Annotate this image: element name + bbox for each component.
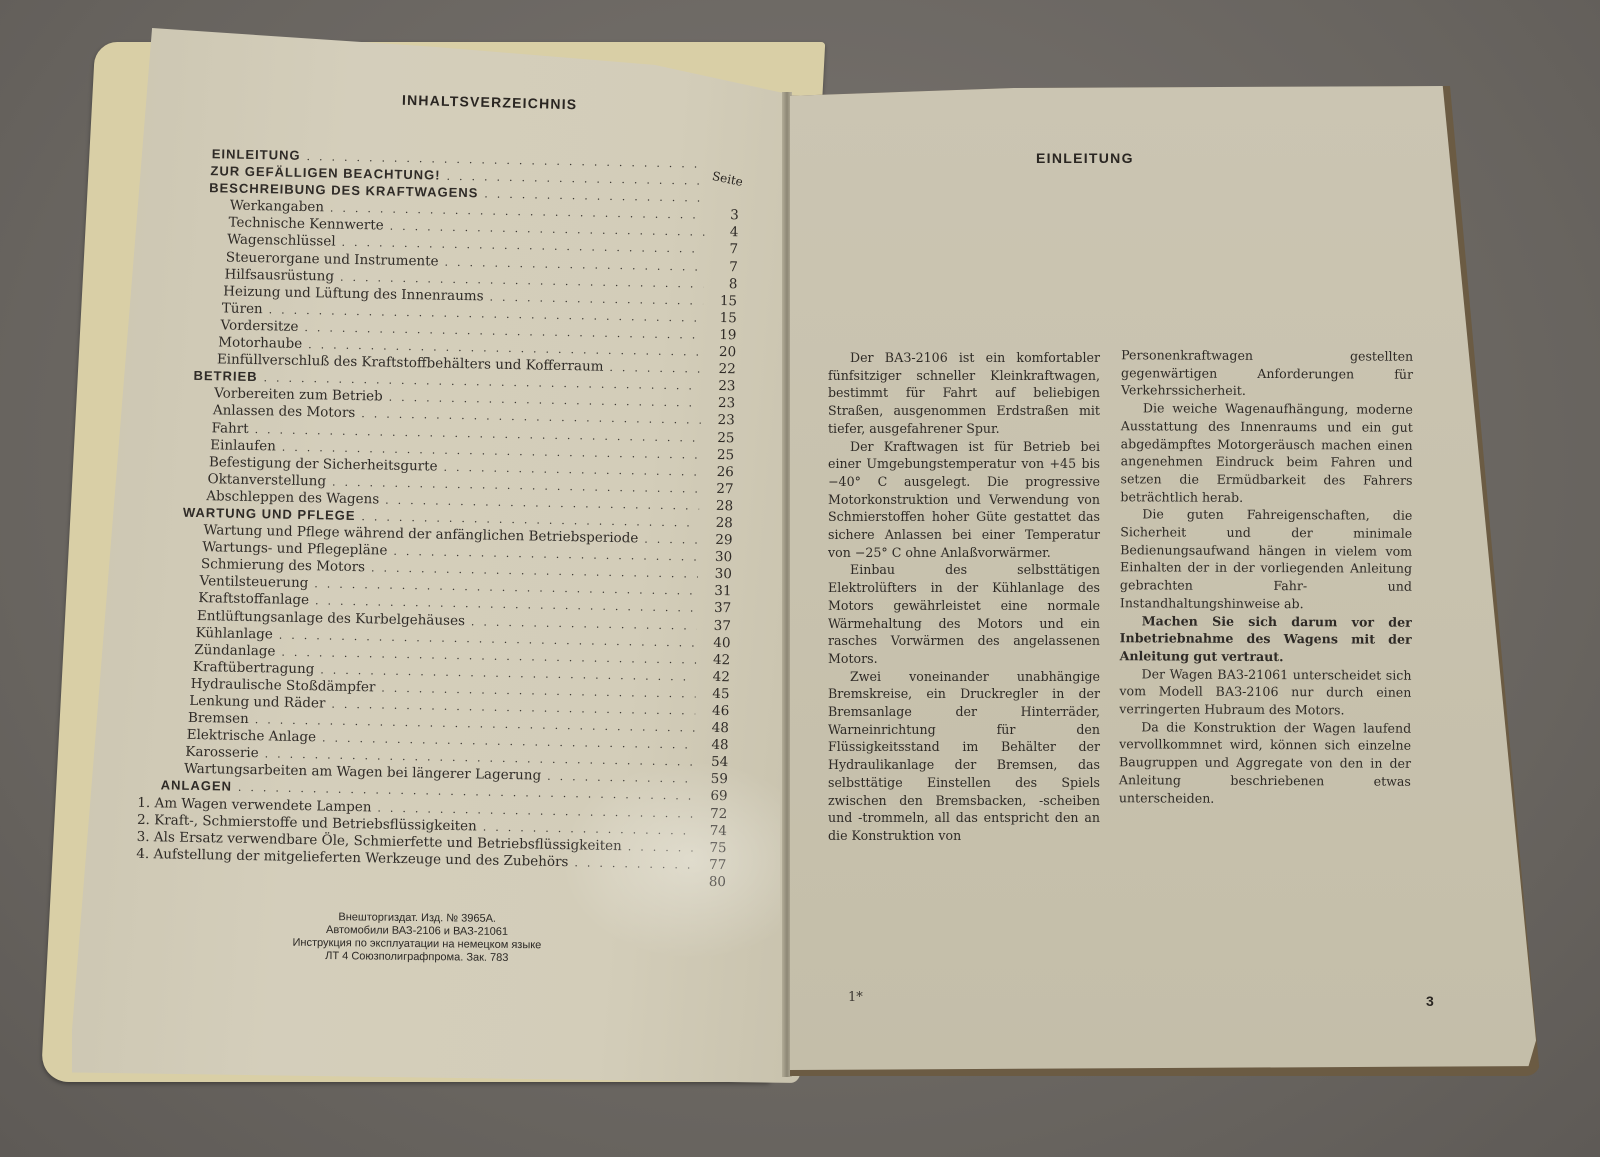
toc-entry-label: Fahrt xyxy=(211,420,248,437)
toc-entry-page: 29 xyxy=(704,532,732,549)
text-column-1: Der ВАЗ-2106 ist ein komfortabler fünfsi… xyxy=(828,349,1100,845)
leader-dots: ........................................… xyxy=(644,533,698,547)
toc-entry-label: Vorbereiten zum Betrieb xyxy=(214,386,383,405)
toc-entry-page: 46 xyxy=(701,703,729,720)
toc-entry-page xyxy=(711,202,739,203)
table-of-contents: EINLEITUNG..............................… xyxy=(136,145,740,891)
leader-dots: ........................................… xyxy=(471,615,697,632)
toc-entry-label: Türen xyxy=(222,300,263,317)
toc-entry-page: 59 xyxy=(700,771,728,788)
toc-entry-page: 23 xyxy=(707,378,735,395)
toc-entry-page: 28 xyxy=(705,515,733,532)
toc-entry-page: 48 xyxy=(700,737,728,754)
toc-entry-page: 25 xyxy=(706,446,734,463)
chapter-title: EINLEITUNG xyxy=(1036,150,1134,166)
leader-dots: ........................................… xyxy=(547,770,694,786)
toc-entry-page: 25 xyxy=(706,429,734,446)
toc-entry-page: 37 xyxy=(703,617,731,634)
toc-entry-label: Lenkung und Räder xyxy=(189,693,325,712)
toc-entry-page: 30 xyxy=(704,549,732,566)
toc-entry-page: 7 xyxy=(710,258,738,275)
toc-entry-label: Bremsen xyxy=(188,710,249,727)
toc-entry-label: Technische Kennwerte xyxy=(228,215,383,234)
toc-entry-page: 22 xyxy=(708,361,736,378)
page-number: 3 xyxy=(1426,993,1434,1009)
toc-entry-label: Motorhaube xyxy=(218,334,302,352)
toc-entry-label: Kraftübertragung xyxy=(193,659,315,677)
toc-entry-page xyxy=(711,185,739,186)
toc-entry-label: Anlassen des Motors xyxy=(213,403,356,422)
paragraph: Zwei voneinander unabhängige Bremskreise… xyxy=(828,668,1100,845)
text-column-2: Personenkraftwagen gestellten gegenwärti… xyxy=(1119,346,1413,808)
toc-entry-label: Wartungs- und Pflegepläne xyxy=(202,539,387,559)
toc-entry-page: 15 xyxy=(709,310,737,327)
toc-entry-label: ANLAGEN xyxy=(161,778,233,794)
toc-entry-page: 30 xyxy=(704,566,732,583)
toc-entry-label: Abschleppen des Wagens xyxy=(206,488,379,507)
toc-entry-label: EINLEITUNG xyxy=(212,146,301,163)
toc-entry-page: 80 xyxy=(698,874,726,891)
toc-entry-label: Vordersitze xyxy=(220,317,298,334)
paragraph: Der Wagen ВАЗ-21061 unterscheidet sich v… xyxy=(1119,665,1411,720)
toc-entry-label: Elektrische Anlage xyxy=(187,727,317,745)
toc-entry-page: 45 xyxy=(701,686,729,703)
toc-entry-page: 3 xyxy=(711,207,739,224)
toc-entry-page: 19 xyxy=(708,327,736,344)
toc-entry-label: Ventilsteuerung xyxy=(199,573,308,591)
toc-entry-label: Wagenschlüssel xyxy=(227,232,336,250)
toc-entry-page: 7 xyxy=(710,241,738,258)
toc-entry-page: 20 xyxy=(708,344,736,361)
paragraph: Personenkraftwagen gestellten gegenwärti… xyxy=(1121,346,1413,401)
paragraph: Die weiche Wagenaufhängung, moderne Auss… xyxy=(1120,399,1413,507)
toc-entry-page: 4 xyxy=(710,224,738,241)
leader-dots: ........................................… xyxy=(484,188,705,205)
toc-entry-page: 23 xyxy=(707,412,735,429)
toc-entry-page: 75 xyxy=(698,839,726,856)
toc-entry-label: Hilfsausrüstung xyxy=(224,266,334,284)
toc-entry-label: Einlaufen xyxy=(210,437,276,454)
signature-mark: 1* xyxy=(848,990,863,1005)
toc-entry-page xyxy=(712,168,740,169)
toc-entry-label: Zündanlage xyxy=(194,642,275,660)
toc-entry-label: Werkangaben xyxy=(230,198,324,216)
leader-dots: ........................................… xyxy=(574,856,692,871)
toc-entry-label: Oktanverstellung xyxy=(207,471,326,489)
toc-entry-label: ZUR GEFÄLLIGEN BEACHTUNG! xyxy=(210,163,440,182)
paragraph: Machen Sie sich darum vor der Inbetriebn… xyxy=(1120,612,1412,667)
toc-entry-label: Kühlanlage xyxy=(195,625,273,642)
toc-entry-page: 77 xyxy=(698,857,726,874)
leader-dots: ........................................… xyxy=(489,290,703,307)
toc-entry-page: 31 xyxy=(703,583,731,600)
paragraph: Einbau des selbsttätigen Elektrolüfters … xyxy=(828,561,1100,667)
toc-entry-page: 23 xyxy=(707,395,735,412)
toc-entry-page: 40 xyxy=(702,634,730,651)
toc-entry-label: Hydraulische Stoßdämpfer xyxy=(191,676,376,696)
toc-entry-label: Karosserie xyxy=(185,744,259,761)
toc-entry-page: 48 xyxy=(701,720,729,737)
toc-entry-page: 37 xyxy=(703,600,731,617)
publisher-imprint: Внешторгиздат. Изд. № 3965А.Автомобили В… xyxy=(262,910,573,965)
toc-entry-label: BETRIEB xyxy=(193,368,257,384)
toc-entry-page: 54 xyxy=(700,754,728,771)
paragraph: Die guten Fahreigenschaften, die Sicherh… xyxy=(1120,506,1413,614)
toc-entry-label: Kraftstoffanlage xyxy=(198,590,309,608)
toc-entry-page: 15 xyxy=(709,293,737,310)
leader-dots: ........................................… xyxy=(609,361,702,376)
toc-entry-page: 27 xyxy=(705,481,733,498)
toc-entry-page: 8 xyxy=(709,275,737,292)
toc-entry-page: 26 xyxy=(706,463,734,480)
toc-entry-page: 42 xyxy=(702,651,730,668)
paragraph: Der Kraftwagen ist für Betrieb bei einer… xyxy=(828,438,1100,562)
toc-entry-label: Schmierung des Motors xyxy=(201,556,365,575)
toc-entry-page: 28 xyxy=(705,498,733,515)
leader-dots: ........................................… xyxy=(483,820,693,837)
paragraph: Da die Konstruktion der Wagen laufend ve… xyxy=(1119,718,1411,808)
toc-entry-page: 69 xyxy=(699,788,727,805)
leader-dots: ........................................… xyxy=(628,840,693,854)
toc-entry-page: 74 xyxy=(699,822,727,839)
toc-entry-page: 42 xyxy=(702,669,730,686)
toc-entry-page: 72 xyxy=(699,805,727,822)
paragraph: Der ВАЗ-2106 ist ein komfortabler fünfsi… xyxy=(828,349,1100,438)
toc-entry-label: WARTUNG UND PFLEGE xyxy=(183,505,356,523)
